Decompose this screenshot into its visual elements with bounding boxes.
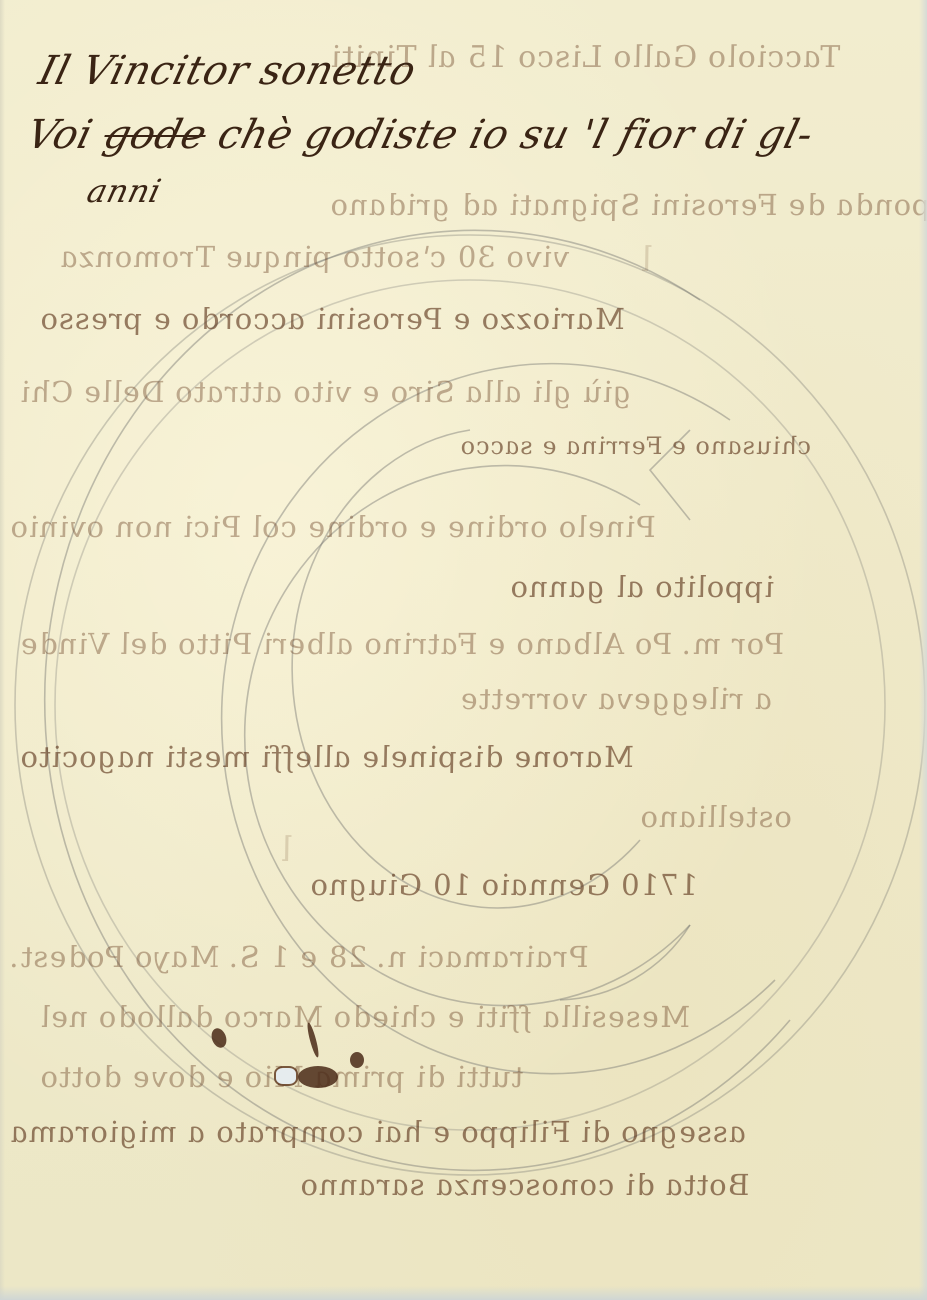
bleed-through-line: Marone dispinele alleffi mesti nagocito	[16, 740, 637, 774]
bleed-through-line: Prairamaci n. 28 e 1 S. Mayo Podest.	[6, 940, 592, 974]
bleed-through-line: Mesesilla ffiti e chiedo Marco dallodo n…	[36, 1000, 693, 1034]
bleed-through-line: assegno di Filippo e hai comprato a migi…	[6, 1115, 750, 1149]
paper-edge-right	[919, 0, 927, 1300]
bleed-through-line: Por m. Po Albano e Fatrino alberi Pitto …	[16, 627, 787, 661]
bleed-through-stroke: l	[636, 240, 656, 280]
paper-edge-bottom	[0, 1286, 927, 1300]
bleed-through-line: Mariozzo e Perosini accordo e presso	[36, 302, 628, 336]
bleed-through-line: ponda de Ferosini Spignati ad gridano	[326, 188, 927, 222]
paper-edge-left	[0, 0, 5, 1300]
bleed-through-stroke: l	[276, 830, 296, 870]
bleed-through-line: a rileggeva vorrette	[456, 682, 776, 716]
manuscript-title: Il Vincitor sonetto	[34, 48, 420, 94]
bleed-through-line: vivo 30 c'sotto pinque Tromonza	[56, 240, 573, 274]
manuscript-line-2: Voi gode chè godiste io su 'l fior di gl…	[22, 112, 818, 158]
bleed-through-line: Pinelo ordine e ordine col Pici non ovin…	[6, 510, 659, 544]
bleed-through-line: chiusano e Ferrina e sacco	[457, 432, 814, 460]
paper-hole	[276, 1068, 296, 1084]
manuscript-page: l l Tacciolo Gallo Lisco 15 al Tiniti po…	[0, 0, 927, 1300]
ink-blot	[350, 1052, 364, 1068]
struck-word: gode	[99, 112, 211, 158]
ink-blot	[298, 1066, 338, 1088]
bleed-through-line: ostelliano	[636, 800, 796, 834]
bleed-through-line: giù gli alla Siro e vito attrato Delle C…	[16, 375, 635, 409]
bleed-through-line: 1710 Gennaio 10 Giugno	[306, 868, 701, 902]
manuscript-line-3: anni	[83, 172, 165, 210]
line2-prefix: Voi	[22, 112, 110, 158]
line2-rest: chè godiste io su 'l fior di gl-	[200, 112, 818, 158]
bleed-through-line: ippolito al ganno	[506, 570, 777, 604]
bleed-through-line: Botta di conoscenza saranno	[296, 1168, 753, 1202]
